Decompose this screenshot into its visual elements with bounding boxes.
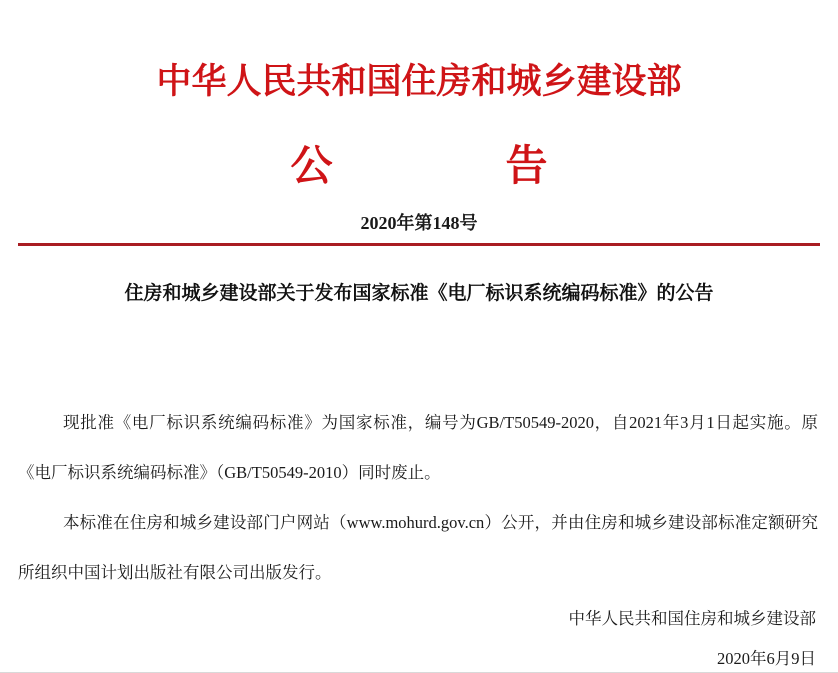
- announcement-heading: 公 告: [0, 144, 838, 190]
- paragraph-1: 现批准《电厂标识系统编码标准》为国家标准，编号为GB/T50549-2020，自…: [18, 398, 818, 498]
- signature: 中华人民共和国住房和城乡建设部: [569, 607, 817, 631]
- announcement-char-right: 告: [506, 144, 548, 190]
- ministry-title: 中华人民共和国住房和城乡建设部: [0, 62, 838, 102]
- red-divider-rule: [18, 243, 820, 246]
- issue-date: 2020年6月9日: [717, 647, 816, 671]
- notice-title: 住房和城乡建设部关于发布国家标准《电厂标识系统编码标准》的公告: [0, 281, 838, 307]
- issue-number: 2020年第148号: [0, 211, 838, 235]
- paragraph-2: 本标准在住房和城乡建设部门户网站（www.mohurd.gov.cn）公开，并由…: [18, 498, 818, 598]
- announcement-document: 中华人民共和国住房和城乡建设部 公 告 2020年第148号 住房和城乡建设部关…: [0, 0, 838, 673]
- body-text: 现批准《电厂标识系统编码标准》为国家标准，编号为GB/T50549-2020，自…: [18, 398, 818, 598]
- announcement-char-left: 公: [290, 144, 332, 190]
